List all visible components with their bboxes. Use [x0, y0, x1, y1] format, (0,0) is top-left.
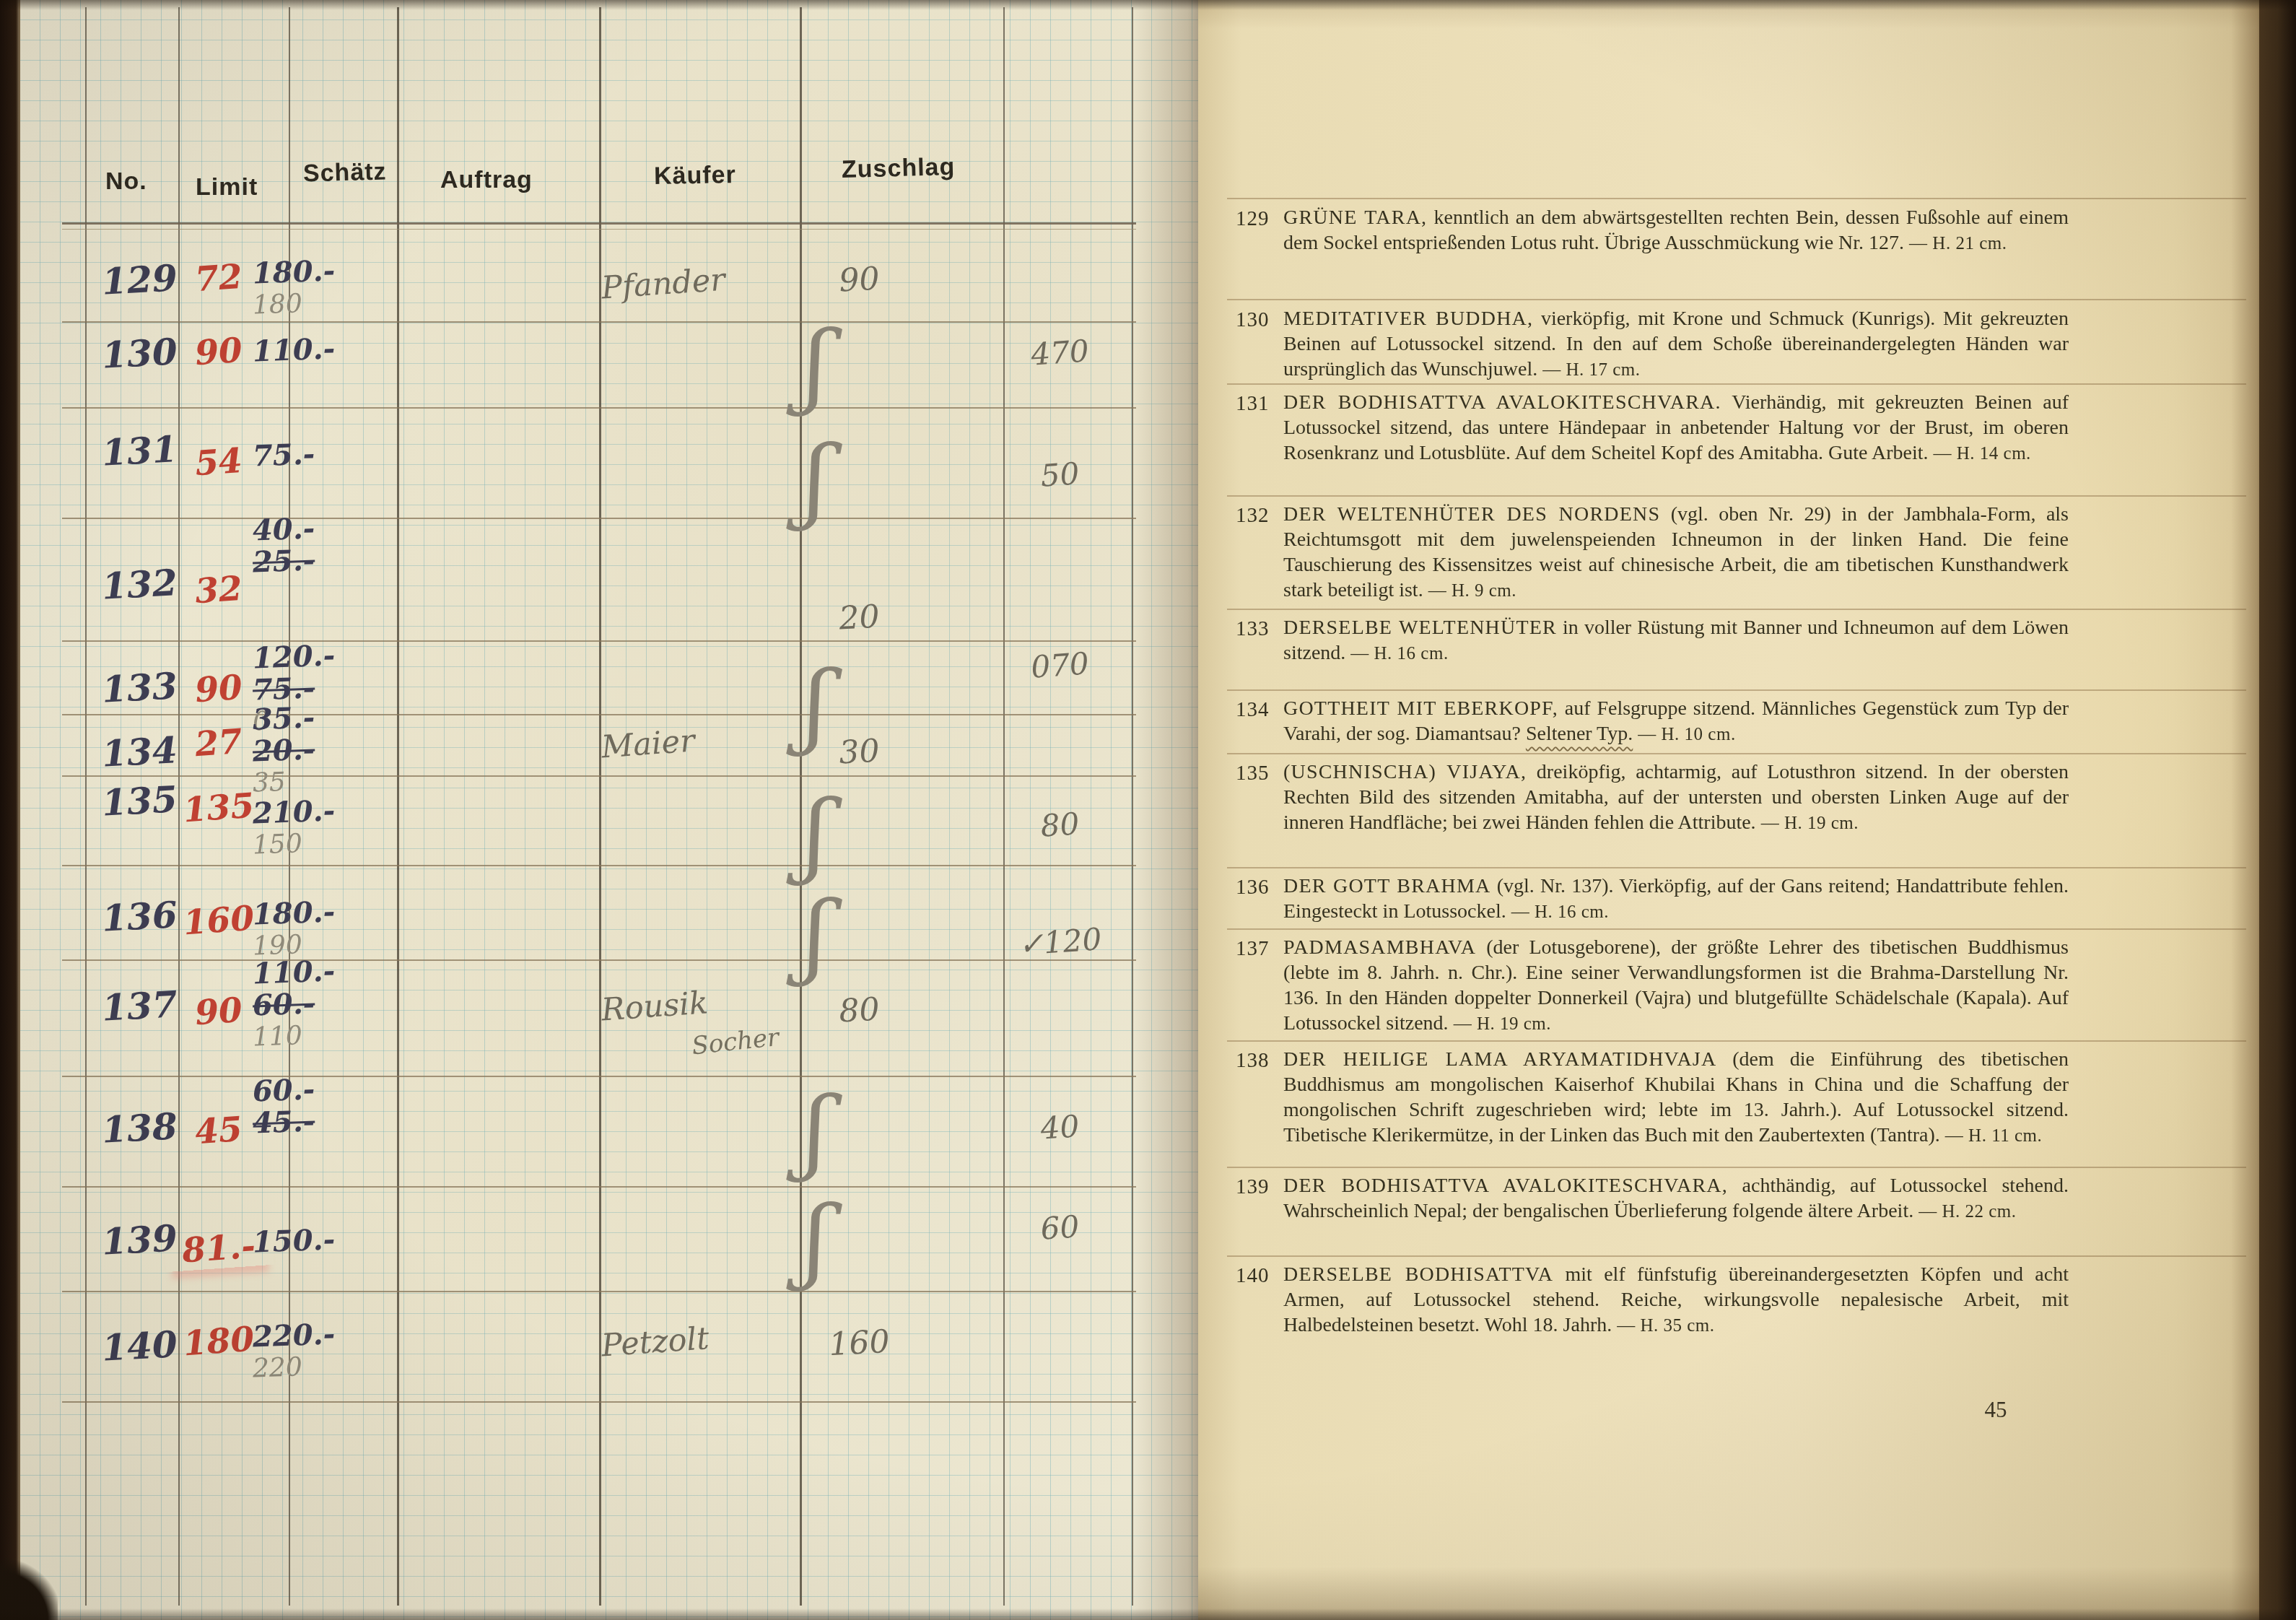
entry-number: 129: [1236, 207, 1270, 231]
entry-number: 130: [1236, 308, 1270, 332]
entry-number: 132: [1236, 504, 1270, 528]
estimate-values: 150.-: [253, 1224, 397, 1256]
sold-mark-icon: ʃ: [803, 1197, 861, 1284]
sold-mark-icon: ʃ: [803, 322, 861, 409]
sold-mark-icon: ʃ: [803, 791, 861, 878]
entry-title: GOTTHEIT MIT EBERKOPF,: [1283, 697, 1558, 720]
entry-size: — H. 16 cm.: [1350, 644, 1448, 663]
entry-rule: [1227, 299, 2246, 300]
result-price: 470: [992, 331, 1128, 375]
estimate-ink: 110.-: [252, 331, 397, 368]
entry-size: — H. 19 cm.: [1454, 1014, 1551, 1034]
estimate-values: 60.- 45.-: [253, 1074, 397, 1137]
column-header-zuschlag: Zuschlag: [842, 153, 956, 184]
estimate-pencil: 220: [252, 1349, 397, 1385]
entry-rule: [1227, 689, 2246, 691]
entry-rule: [1227, 609, 2246, 610]
estimate-pencil: 110: [252, 1017, 397, 1054]
header-rule: [62, 222, 1136, 225]
ledger-row-135: 135 135 210.- 150 ʃ 80: [20, 780, 1198, 881]
column-header-auftrag: Auftrag: [440, 166, 533, 194]
entry-title: DER BODHISATTVA AVALOKITESCHVARA,: [1283, 1175, 1728, 1197]
entry-size: — H. 10 cm.: [1638, 725, 1735, 744]
estimate-ink: 180.-: [252, 894, 397, 931]
entry-size: — H. 35 cm.: [1617, 1316, 1714, 1336]
entry-number: 131: [1236, 392, 1270, 416]
entry-title: PADMASAMBHAVA: [1283, 936, 1476, 959]
estimate-values: 110.- 60.- 110: [253, 956, 397, 1051]
ledger-row-138: 138 45 60.- 45.- ʃ 40: [20, 1101, 1198, 1202]
auction-catalog-scan: No. Limit Schätz Auftrag Käufer Zuschlag…: [0, 0, 2296, 1620]
entry-rule: [1227, 383, 2246, 385]
estimate-ink-struck: 20.-: [252, 731, 397, 768]
sold-mark-icon: ʃ: [803, 437, 861, 523]
column-header-no: No.: [105, 167, 147, 196]
ledger-row-131: 131 54 75.- ʃ 50: [20, 430, 1198, 531]
buyer-name: Petzolt: [601, 1313, 819, 1364]
buyer-name: Rousik: [601, 977, 819, 1029]
estimate-ink: 75.-: [252, 436, 397, 473]
entry-title: DER GOTT BRAHMA: [1283, 875, 1490, 897]
estimate-pencil: 180: [252, 285, 397, 322]
catalog-entry-130: 130 MEDITATIVER BUDDHA, vierköpfig, mit …: [1198, 306, 2226, 383]
entry-text: DERSELBE BODHISATTVA mit elf fünfstufig …: [1198, 1262, 2226, 1338]
estimate-ink: 110.-: [252, 954, 397, 990]
hammer-price: 20: [810, 597, 909, 639]
entry-text: PADMASAMBHAVA (der Lotusgeborene), der g…: [1198, 935, 2226, 1037]
estimate-ink: 60.-: [252, 1071, 397, 1108]
estimate-ink: 35.-: [252, 700, 397, 736]
estimate-ink-struck: 45.-: [252, 1103, 397, 1140]
entry-size: — H. 22 cm.: [1919, 1202, 2016, 1221]
entry-size: — H. 17 cm.: [1542, 360, 1640, 380]
entry-title: DER BODHISATTVA AVALOKITESCHVARA.: [1283, 391, 1721, 414]
result-price: 80: [992, 803, 1128, 848]
catalog-entry-133: 133 DERSELBE WELTENHÜTER in voller Rüstu…: [1198, 615, 2226, 666]
entry-number: 136: [1236, 876, 1270, 900]
catalog-entry-136: 136 DER GOTT BRAHMA (vgl. Nr. 137). Vier…: [1198, 874, 2226, 925]
entry-rule: [1227, 495, 2246, 497]
scan-top-shadow: [0, 0, 2296, 10]
entry-underlined-note: Seltener Typ.: [1526, 723, 1633, 745]
entry-size: — H. 9 cm.: [1428, 581, 1516, 601]
catalog-entry-139: 139 DER BODHISATTVA AVALOKITESCHVARA, ac…: [1198, 1173, 2226, 1224]
entry-size: — H. 11 cm.: [1945, 1126, 2042, 1146]
ledger-row-137: 137 90 110.- 60.- 110 Rousik Socher 80: [20, 976, 1198, 1077]
hammer-price: 30: [810, 731, 909, 773]
entry-text: DER WELTENHÜTER DES NORDENS (vgl. oben N…: [1198, 502, 2226, 604]
estimate-ink: 40.-: [252, 510, 397, 547]
entry-text: DER BODHISATTVA AVALOKITESCHVARA. Vierhä…: [1198, 390, 2226, 466]
estimate-ink: 180.-: [252, 253, 397, 290]
entry-number: 134: [1236, 698, 1270, 722]
entry-rule: [1227, 1040, 2246, 1042]
column-header-schatz: Schätz: [303, 157, 388, 188]
entry-number: 137: [1236, 937, 1270, 961]
estimate-ink: 120.-: [252, 638, 397, 675]
entry-title: DER WELTENHÜTER DES NORDENS: [1283, 503, 1660, 526]
catalog-entry-140: 140 DERSELBE BODHISATTVA mit elf fünfstu…: [1198, 1262, 2226, 1338]
entry-rule: [1227, 198, 2246, 199]
estimate-ink-struck: 25.-: [252, 542, 397, 579]
column-header-limit: Limit: [196, 173, 258, 201]
hammer-price: 160: [810, 1323, 909, 1364]
entry-number: 139: [1236, 1175, 1270, 1199]
estimate-ink-struck: 60.-: [252, 985, 397, 1022]
entry-text: (USCHNISCHA) VIJAYA, dreiköpfig, achtarm…: [1198, 759, 2226, 836]
entry-text: GRÜNE TARA, kenntlich an dem abwärtsgest…: [1198, 205, 2226, 256]
estimate-values: 110.-: [253, 334, 397, 365]
estimate-values: 220.- 220: [253, 1319, 397, 1382]
estimate-ink: 210.-: [252, 793, 397, 830]
entry-title: DERSELBE WELTENHÜTER: [1283, 617, 1557, 639]
entry-size: — H. 19 cm.: [1761, 814, 1859, 833]
header-rule: [62, 229, 1136, 230]
entry-title: DERSELBE BODHISATTVA: [1283, 1263, 1553, 1286]
catalog-entry-131: 131 DER BODHISATTVA AVALOKITESCHVARA. Vi…: [1198, 390, 2226, 466]
result-price: 60: [992, 1206, 1128, 1250]
ledger-row-132: 132 32 40.- 25.- 20: [20, 557, 1198, 658]
page-number: 45: [1952, 1397, 2039, 1423]
entry-rule: [1227, 928, 2246, 930]
estimate-ink: 220.-: [252, 1317, 397, 1354]
ledger-page: No. Limit Schätz Auftrag Käufer Zuschlag…: [20, 0, 1198, 1620]
entry-title: DER HEILIGE LAMA ARYAMATIDHVAJA: [1283, 1048, 1716, 1071]
ledger-row-140: 140 180 220.- 220 Petzolt 160: [20, 1318, 1198, 1419]
estimate-values: 40.- 25.-: [253, 513, 397, 576]
entry-number: 135: [1236, 762, 1270, 785]
entry-number: 133: [1236, 617, 1270, 641]
scan-bottom-shadow: [0, 1608, 2296, 1620]
ledger-row-139: 139 81.- 150.- ʃ 60: [20, 1213, 1198, 1314]
entry-size: — H. 16 cm.: [1511, 902, 1609, 922]
catalog-entry-137: 137 PADMASAMBHAVA (der Lotusgeborene), d…: [1198, 935, 2226, 1037]
sold-mark-icon: ʃ: [803, 1088, 861, 1175]
entry-rule: [1227, 753, 2246, 754]
result-price: 40: [992, 1105, 1128, 1150]
entry-text: DER GOTT BRAHMA (vgl. Nr. 137). Vierköpf…: [1198, 874, 2226, 925]
entry-number: 138: [1236, 1049, 1270, 1073]
buyer-name: Pfander: [601, 256, 819, 307]
catalog-entry-138: 138 DER HEILIGE LAMA ARYAMATIDHVAJA (dem…: [1198, 1047, 2226, 1149]
entry-text: DER HEILIGE LAMA ARYAMATIDHVAJA (dem die…: [1198, 1047, 2226, 1149]
catalog-entry-129: 129 GRÜNE TARA, kenntlich an dem abwärts…: [1198, 205, 2226, 256]
estimate-values: 75.-: [253, 438, 397, 470]
catalog-entry-134: 134 GOTTHEIT MIT EBERKOPF, auf Felsgrupp…: [1198, 696, 2226, 747]
estimate-values: 180.- 180: [253, 256, 397, 319]
estimate-ink: 150.-: [252, 1222, 397, 1259]
entry-text: GOTTHEIT MIT EBERKOPF, auf Felsgruppe si…: [1198, 696, 2226, 747]
hammer-price: 80: [810, 990, 909, 1032]
column-header-kaufer: Käufer: [654, 161, 736, 191]
entry-text: DERSELBE WELTENHÜTER in voller Rüstung m…: [1198, 615, 2226, 666]
catalog-page: 129 GRÜNE TARA, kenntlich an dem abwärts…: [1198, 0, 2259, 1620]
entry-rule: [1227, 1167, 2246, 1168]
entry-size: — H. 14 cm.: [1934, 444, 2031, 463]
sold-mark-icon: ʃ: [803, 892, 861, 979]
estimate-values: 210.- 150: [253, 796, 397, 859]
catalog-entry-132: 132 DER WELTENHÜTER DES NORDENS (vgl. ob…: [1198, 502, 2226, 604]
entry-title: MEDITATIVER BUDDHA,: [1283, 308, 1533, 330]
entry-size: — H. 21 cm.: [1909, 234, 2007, 253]
entry-number: 140: [1236, 1264, 1270, 1288]
ledger-row-130: 130 90 110.- ʃ 470: [20, 332, 1198, 433]
entry-text: DER BODHISATTVA AVALOKITESCHVARA, achthä…: [1198, 1173, 2226, 1224]
result-price: 50: [992, 453, 1128, 497]
scan-right-edge: [2231, 0, 2296, 1620]
entry-title: GRÜNE TARA,: [1283, 206, 1427, 229]
result-price: ✓120: [992, 920, 1128, 964]
entry-title: (USCHNISCHA) VIJAYA,: [1283, 761, 1527, 783]
estimate-values: 180.- 190: [253, 897, 397, 960]
entry-rule: [1227, 1255, 2246, 1257]
estimate-pencil: 150: [252, 825, 397, 862]
hammer-price: 90: [810, 259, 909, 301]
entry-text: MEDITATIVER BUDDHA, vierköpfig, mit Kron…: [1198, 306, 2226, 383]
catalog-entry-135: 135 (USCHNISCHA) VIJAYA, dreiköpfig, ach…: [1198, 759, 2226, 836]
entry-rule: [1227, 867, 2246, 868]
